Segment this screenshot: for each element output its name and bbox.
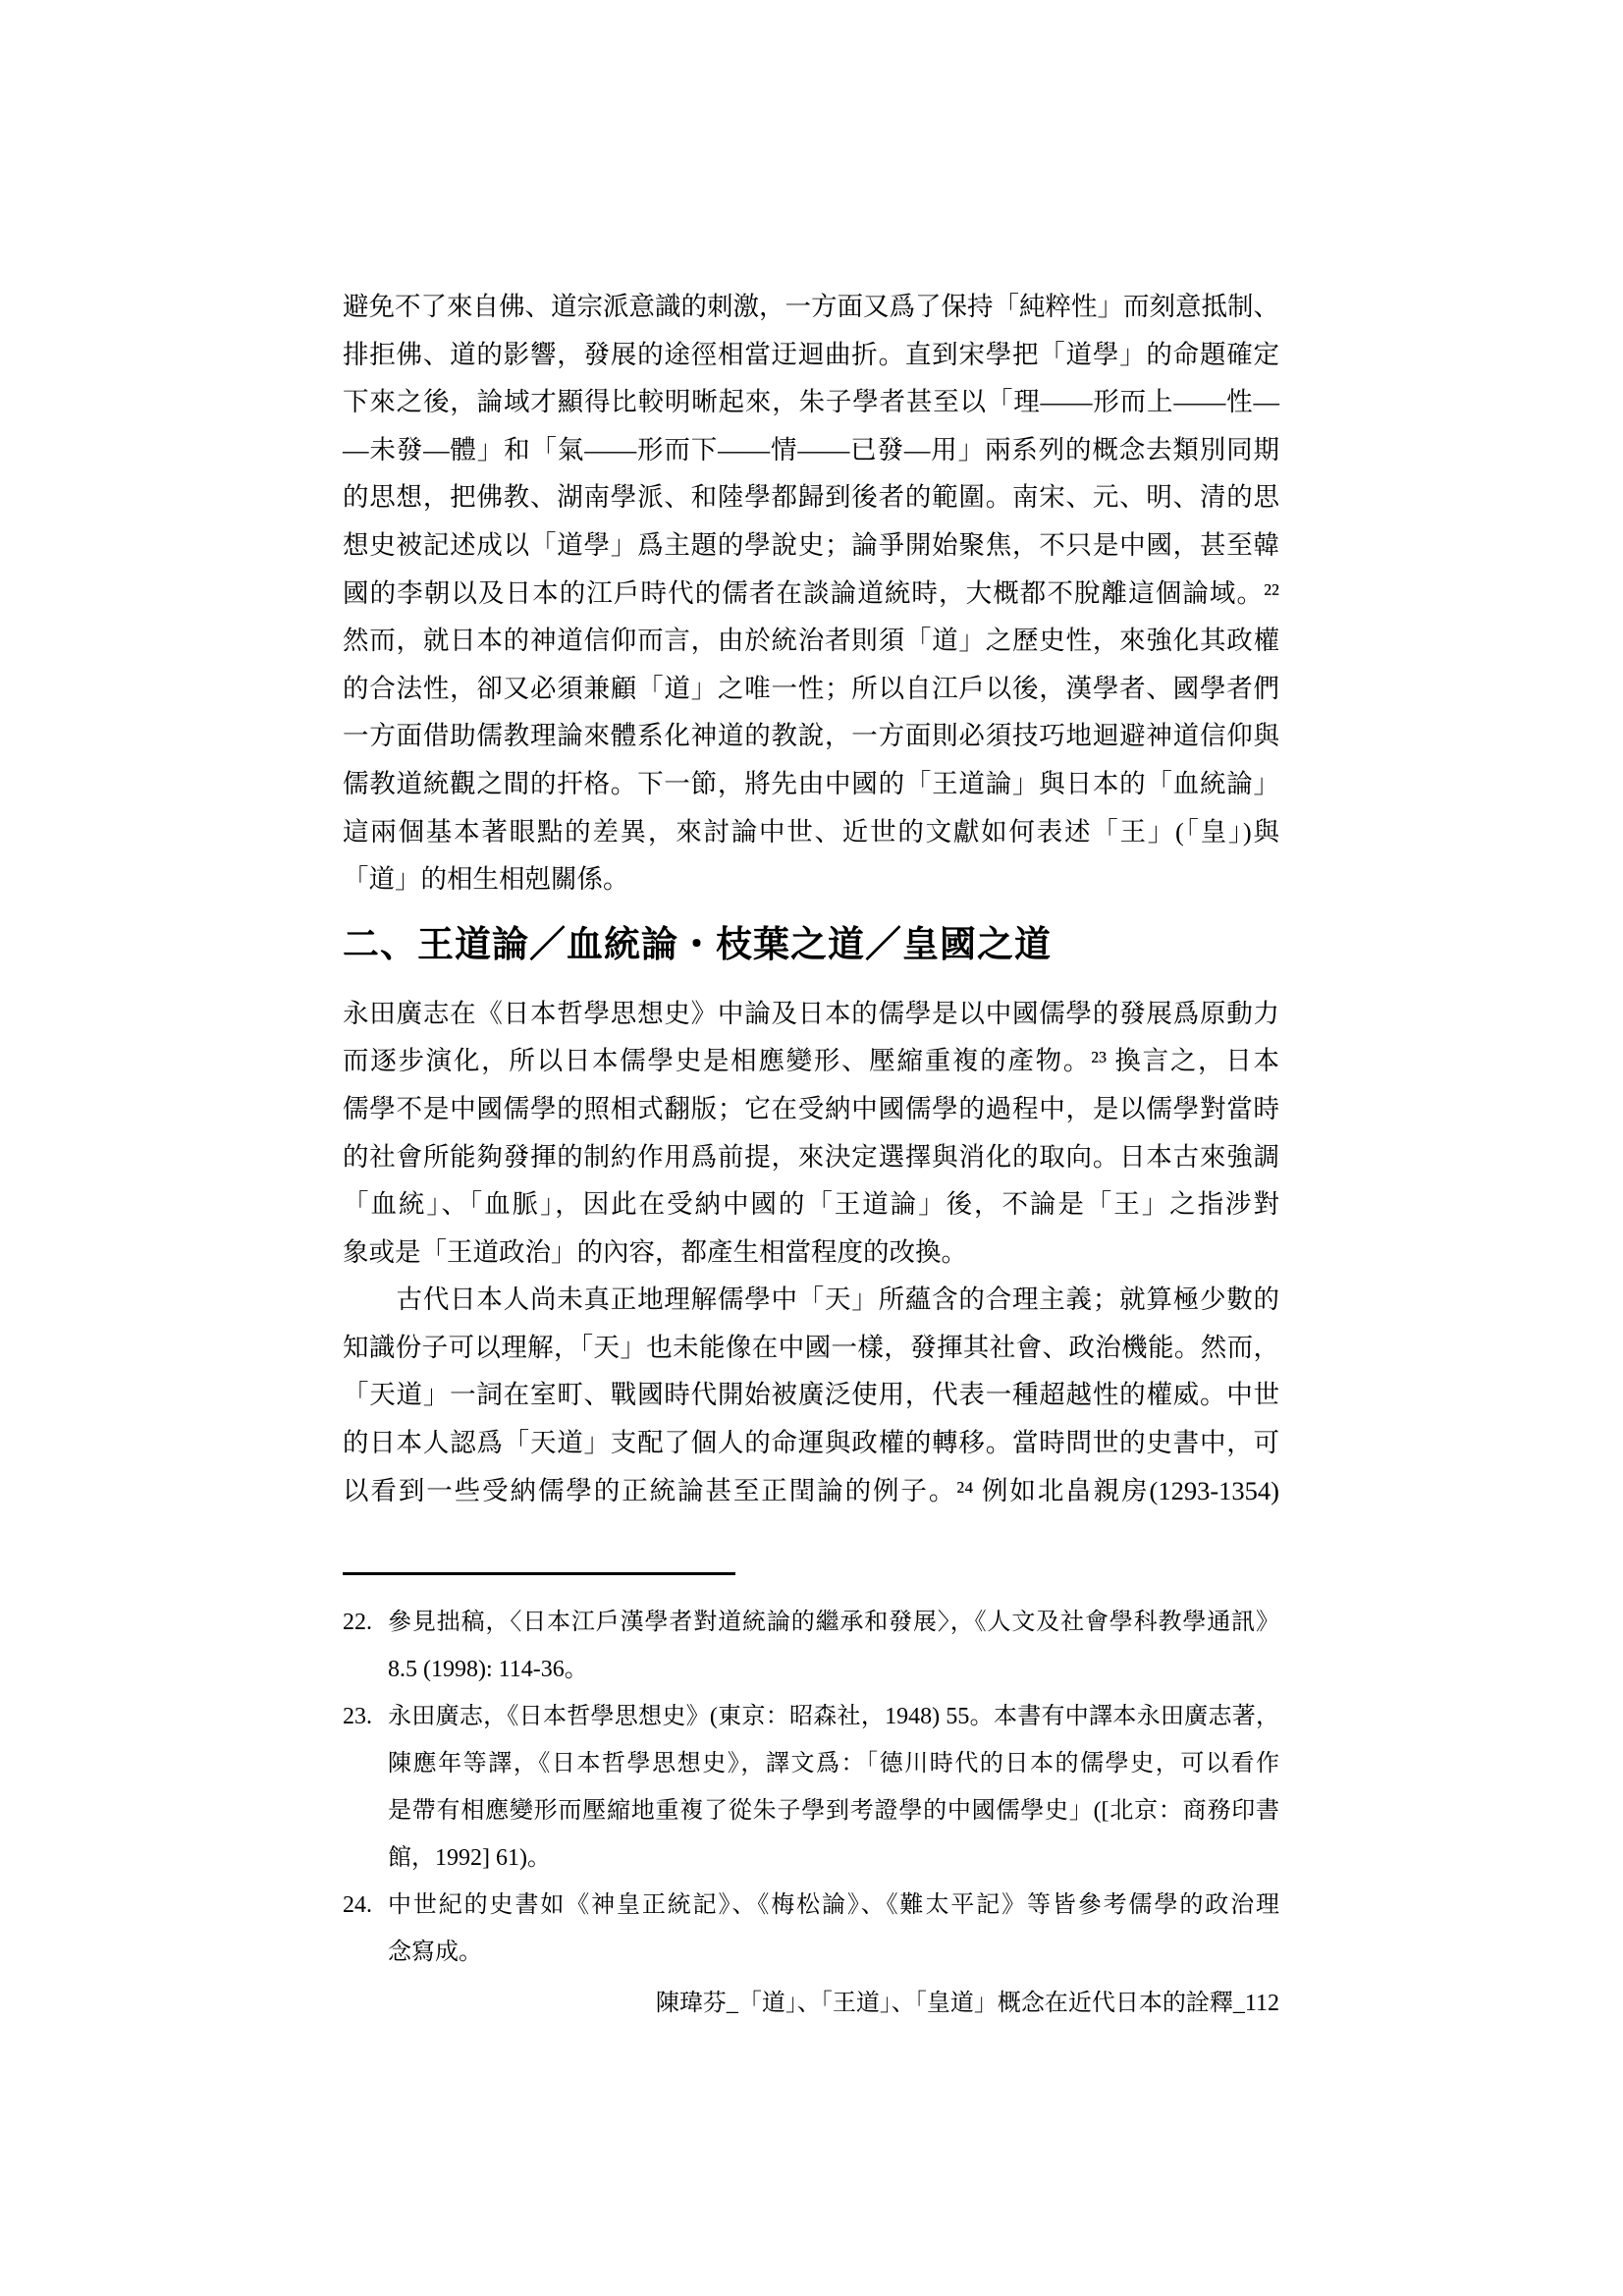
text-line: 想史被記述成以「道學」爲主題的學說史；論爭開始聚焦，不只是中國，甚至韓 — [343, 521, 1279, 570]
text-line: 而逐步演化，所以日本儒學史是相應變形、壓縮重複的產物。²³ 換言之，日本 — [343, 1037, 1279, 1085]
footnotes-section: 22. 參見拙稿，〈日本江戶漢學者對道統論的繼承和發展〉，《人文及社會學科教學通… — [343, 1599, 1279, 1976]
text-line: 象或是「王道政治」的內容，都產生相當程度的改換。 — [343, 1229, 1279, 1277]
paragraph-2: 永田廣志在《日本哲學思想史》中論及日本的儒學是以中國儒學的發展爲原動力而逐步演化… — [343, 990, 1279, 1277]
text-line: 永田廣志在《日本哲學思想史》中論及日本的儒學是以中國儒學的發展爲原動力 — [343, 990, 1279, 1038]
text-line: 一方面借助儒教理論來體系化神道的教說，一方面則必須技巧地迴避神道信仰與 — [343, 712, 1279, 760]
text-line: 以看到一些受納儒學的正統論甚至正閏論的例子。²⁴ 例如北畠親房(1293-135… — [343, 1467, 1279, 1515]
section-heading: 二、王道論／血統論・枝葉之道／皇國之道 — [343, 917, 1279, 974]
text-line: 念寫成。 — [388, 1929, 1279, 1976]
text-line: 儒學不是中國儒學的照相式翻版；它在受納中國儒學的過程中，是以儒學對當時 — [343, 1085, 1279, 1133]
text-line: 永田廣志，《日本哲學思想史》(東京：昭森社，1948) 55。本書有中譯本永田廣… — [388, 1693, 1279, 1740]
text-line: 知識份子可以理解，「天」也未能像在中國一樣，發揮其社會、政治機能。然而， — [343, 1324, 1279, 1372]
text-line: 下來之後，論域才顯得比較明晰起來，朱子學者甚至以「理——形而上——性— — [343, 378, 1279, 426]
text-line: 中世紀的史書如《神皇正統記》、《梅松論》、《難太平記》等皆參考儒學的政治理 — [388, 1882, 1279, 1929]
footnote-item: 23. 永田廣志，《日本哲學思想史》(東京：昭森社，1948) 55。本書有中譯… — [343, 1693, 1279, 1882]
footnote-number: 23. — [343, 1693, 388, 1882]
paragraph-continuation: 避免不了來自佛、道宗派意識的刺激，一方面又爲了保持「純粹性」而刻意抵制、排拒佛、… — [343, 283, 1279, 903]
text-line: —未發—體」和「氣——形而下——情——已發—用」兩系列的概念去類別同期 — [343, 426, 1279, 474]
text-line: 國的李朝以及日本的江戶時代的儒者在談論道統時，大概都不脫離這個論域。²² — [343, 570, 1279, 618]
footnote-item: 24. 中世紀的史書如《神皇正統記》、《梅松論》、《難太平記》等皆參考儒學的政治… — [343, 1882, 1279, 1976]
text-line: 「道」的相生相剋關係。 — [343, 855, 1279, 903]
document-page: 避免不了來自佛、道宗派意識的刺激，一方面又爲了保持「純粹性」而刻意抵制、排拒佛、… — [0, 0, 1623, 2296]
footnote-number: 22. — [343, 1599, 388, 1693]
text-line: 參見拙稿，〈日本江戶漢學者對道統論的繼承和發展〉，《人文及社會學科教學通訊》 — [388, 1599, 1279, 1646]
text-line: 「天道」一詞在室町、戰國時代開始被廣泛使用，代表一種超越性的權威。中世 — [343, 1371, 1279, 1419]
footnote-item: 22. 參見拙稿，〈日本江戶漢學者對道統論的繼承和發展〉，《人文及社會學科教學通… — [343, 1599, 1279, 1693]
text-line: 「血統」、「血脈」，因此在受納中國的「王道論」後，不論是「王」之指涉對 — [343, 1180, 1279, 1229]
text-line: 古代日本人尚未真正地理解儒學中「天」所蘊含的合理主義；就算極少數的 — [343, 1276, 1279, 1324]
text-line: 的思想，把佛教、湖南學派、和陸學都歸到後者的範圍。南宋、元、明、清的思 — [343, 473, 1279, 521]
paragraph-3: 古代日本人尚未真正地理解儒學中「天」所蘊含的合理主義；就算極少數的知識份子可以理… — [343, 1276, 1279, 1514]
text-line: 陳應年等譯，《日本哲學思想史》，譯文爲：「德川時代的日本的儒學史，可以看作 — [388, 1740, 1279, 1787]
text-line: 然而，就日本的神道信仰而言，由於統治者則須「道」之歷史性，來強化其政權 — [343, 617, 1279, 665]
text-line: 排拒佛、道的影響，發展的途徑相當迂迴曲折。直到宋學把「道學」的命題確定 — [343, 331, 1279, 379]
text-line: 8.5 (1998): 114-36。 — [388, 1646, 1279, 1693]
text-line: 是帶有相應變形而壓縮地重複了從朱子學到考證學的中國儒學史」([北京：商務印書 — [388, 1787, 1279, 1834]
text-line: 避免不了來自佛、道宗派意識的刺激，一方面又爲了保持「純粹性」而刻意抵制、 — [343, 283, 1279, 331]
text-line: 儒教道統觀之間的扞格。下一節，將先由中國的「王道論」與日本的「血統論」 — [343, 760, 1279, 808]
page-footer: 陳瑋芬_「道」、「王道」、「皇道」概念在近代日本的詮釋_112 — [343, 1986, 1279, 2021]
text-line: 的日本人認爲「天道」支配了個人的命運與政權的轉移。當時問世的史書中，可 — [343, 1419, 1279, 1467]
footnote-text: 參見拙稿，〈日本江戶漢學者對道統論的繼承和發展〉，《人文及社會學科教學通訊》8.… — [388, 1599, 1279, 1693]
text-line: 館，1992] 61)。 — [388, 1834, 1279, 1882]
text-line: 的合法性，卻又必須兼顧「道」之唯一性；所以自江戶以後，漢學者、國學者們 — [343, 665, 1279, 713]
text-block: 避免不了來自佛、道宗派意識的刺激，一方面又爲了保持「純粹性」而刻意抵制、排拒佛、… — [343, 283, 1279, 1976]
footnote-number: 24. — [343, 1882, 388, 1976]
footnote-text: 永田廣志，《日本哲學思想史》(東京：昭森社，1948) 55。本書有中譯本永田廣… — [388, 1693, 1279, 1882]
text-line: 這兩個基本著眼點的差異，來討論中世、近世的文獻如何表述「王」(「皇」)與 — [343, 808, 1279, 856]
footnote-separator — [343, 1572, 735, 1575]
footnote-text: 中世紀的史書如《神皇正統記》、《梅松論》、《難太平記》等皆參考儒學的政治理念寫成… — [388, 1882, 1279, 1976]
text-line: 的社會所能夠發揮的制約作用爲前提，來決定選擇與消化的取向。日本古來強調 — [343, 1133, 1279, 1181]
